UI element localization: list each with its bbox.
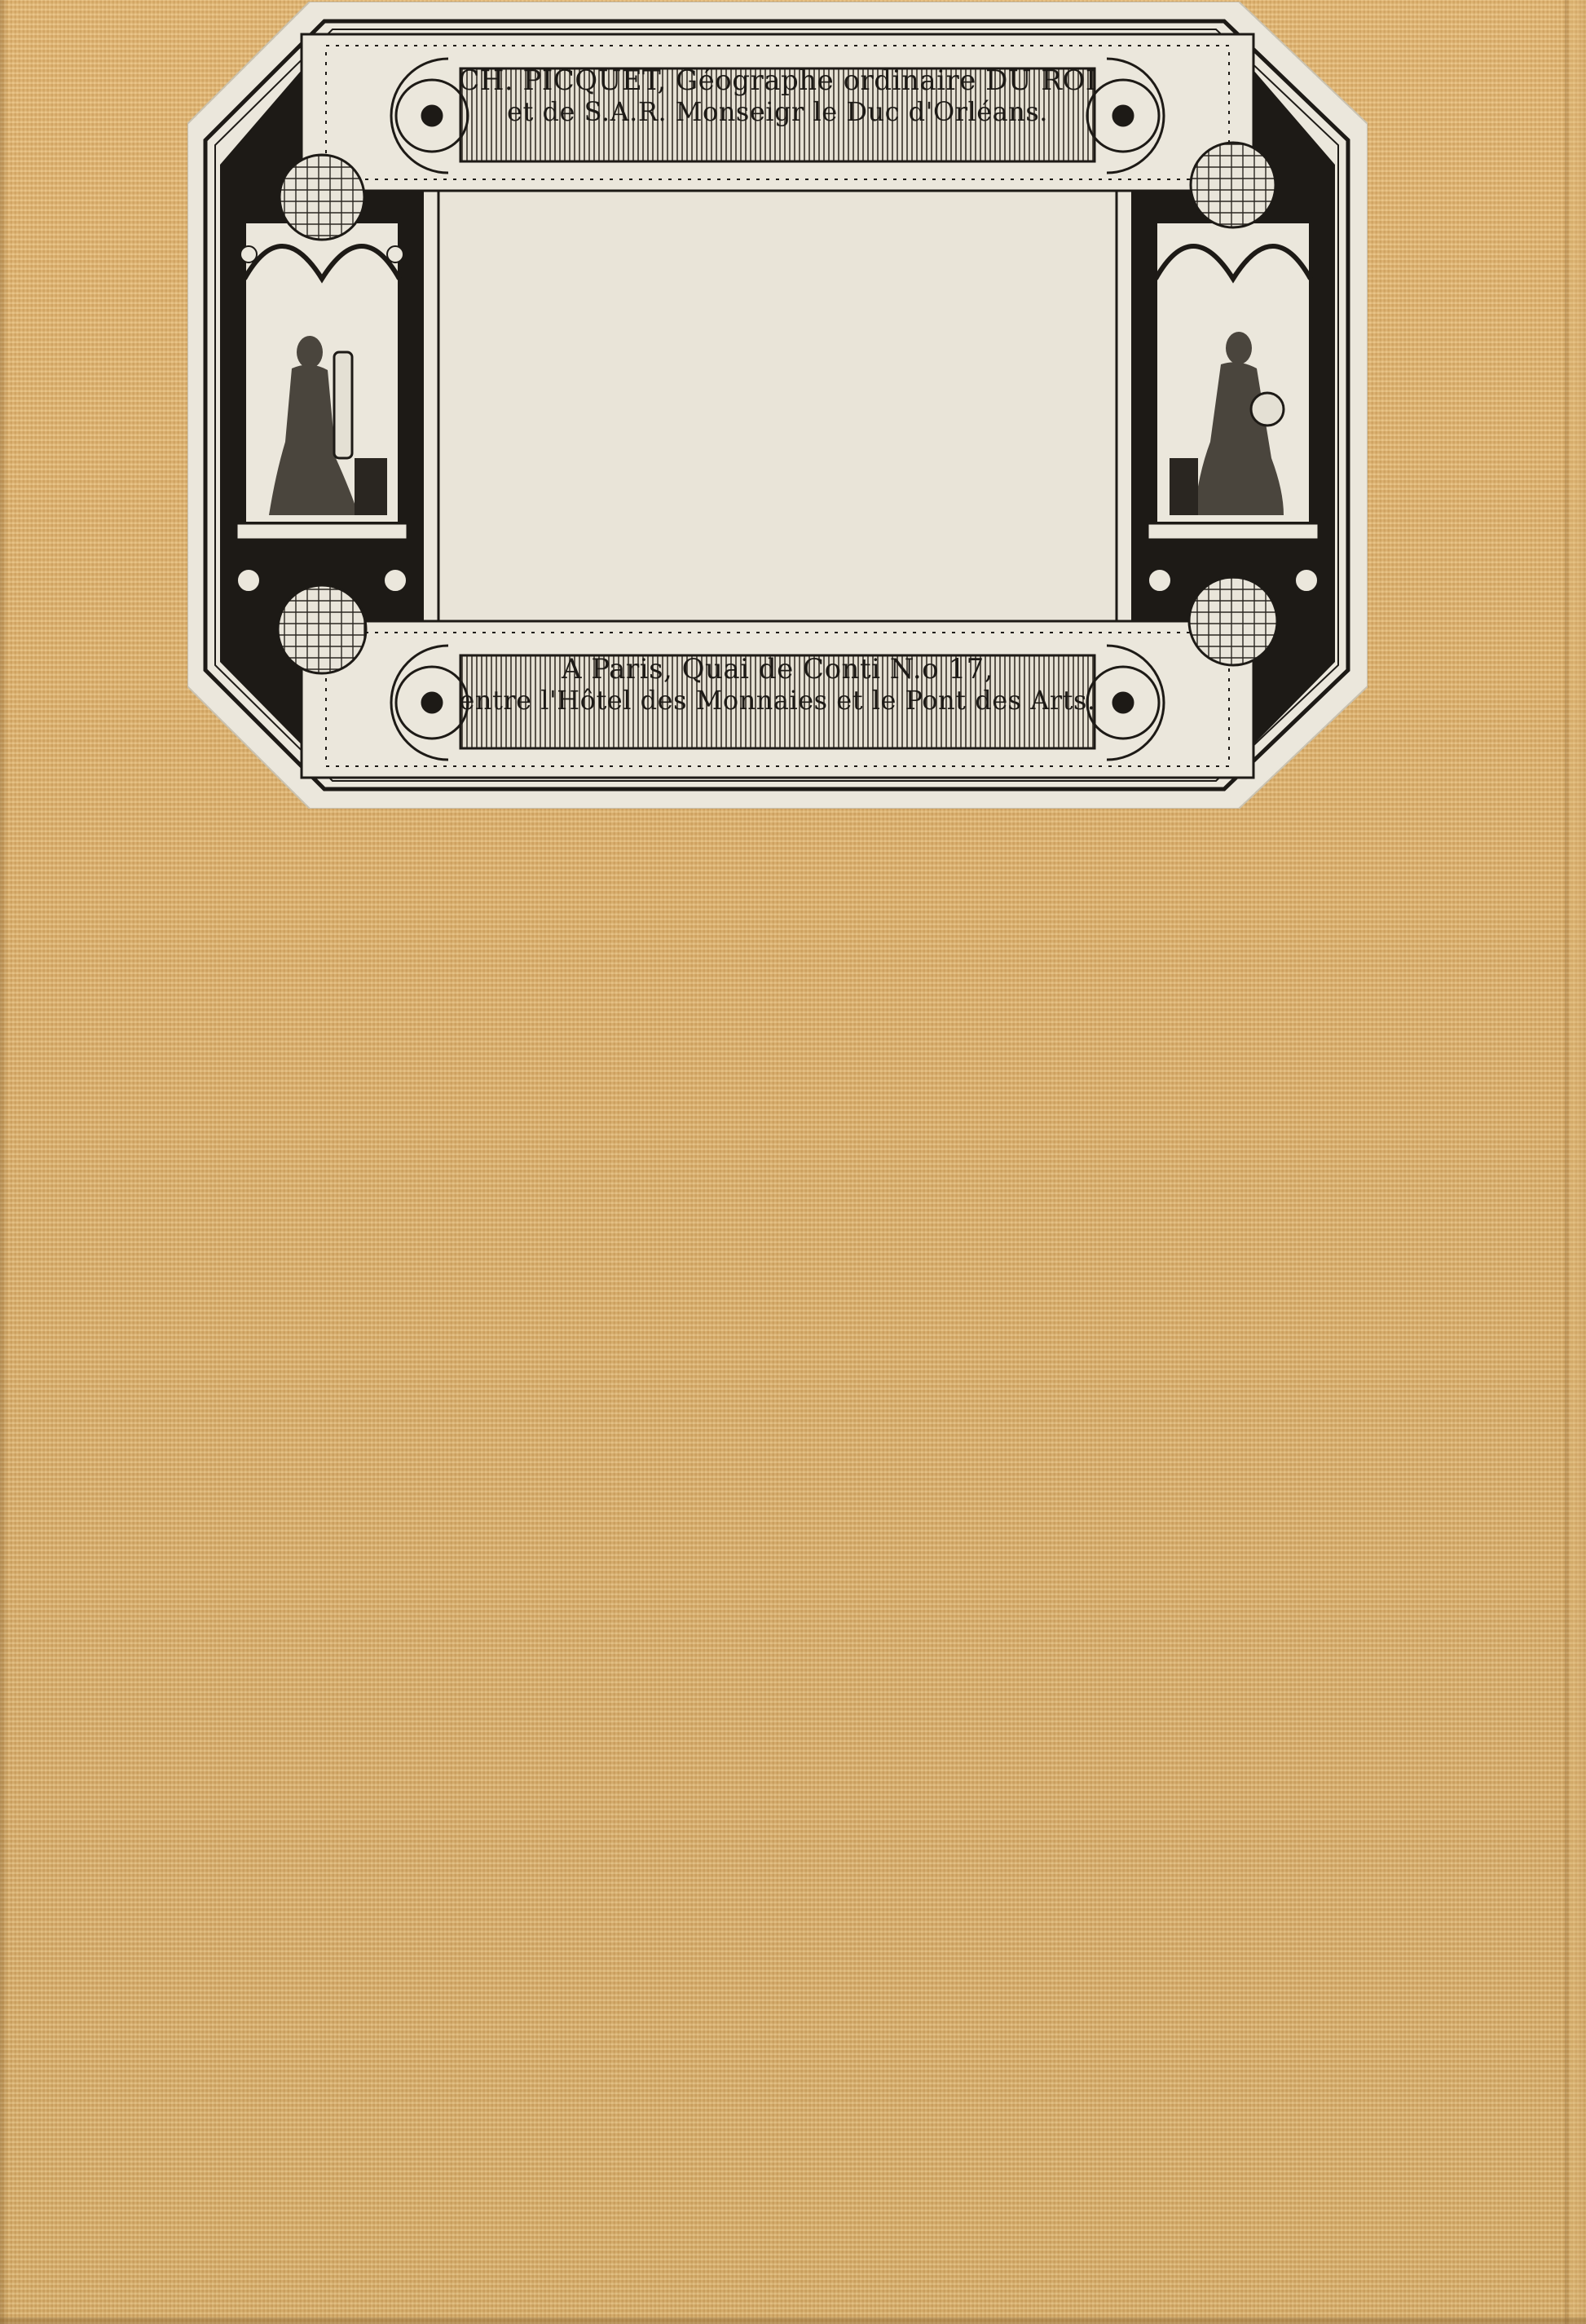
publisher-address: A Paris, Quai de Conti N.o 17,: [187, 654, 1368, 686]
left-niche: [236, 222, 408, 540]
publisher-label: CH. PICQUET, Géographe ordinaire DU ROI …: [187, 2, 1368, 809]
publisher-patron: et de S.A.R. Monseigr le Duc d'Orléans.: [187, 97, 1368, 127]
publisher-name: CH. PICQUET, Géographe ordinaire DU ROI: [187, 65, 1368, 97]
book-cover: CH. PICQUET, Géographe ordinaire DU ROI …: [0, 0, 1586, 2324]
publisher-address-detail: entre l'Hôtel des Monnaies et le Pont de…: [187, 686, 1368, 716]
blank-central-panel: [438, 191, 1117, 621]
bottom-cartouche-text: A Paris, Quai de Conti N.o 17, entre l'H…: [187, 654, 1368, 716]
globe-bottom-right-icon: [1189, 577, 1277, 665]
globe-top-right-icon: [1191, 143, 1275, 227]
cover-left-edge: [0, 0, 8, 2324]
top-cartouche-text: CH. PICQUET, Géographe ordinaire DU ROI …: [187, 65, 1368, 127]
right-niche: [1148, 222, 1319, 540]
cover-right-edge: [1565, 0, 1586, 2324]
cover-bottom-edge: [0, 2317, 1586, 2324]
globe-top-left-icon: [280, 155, 364, 240]
